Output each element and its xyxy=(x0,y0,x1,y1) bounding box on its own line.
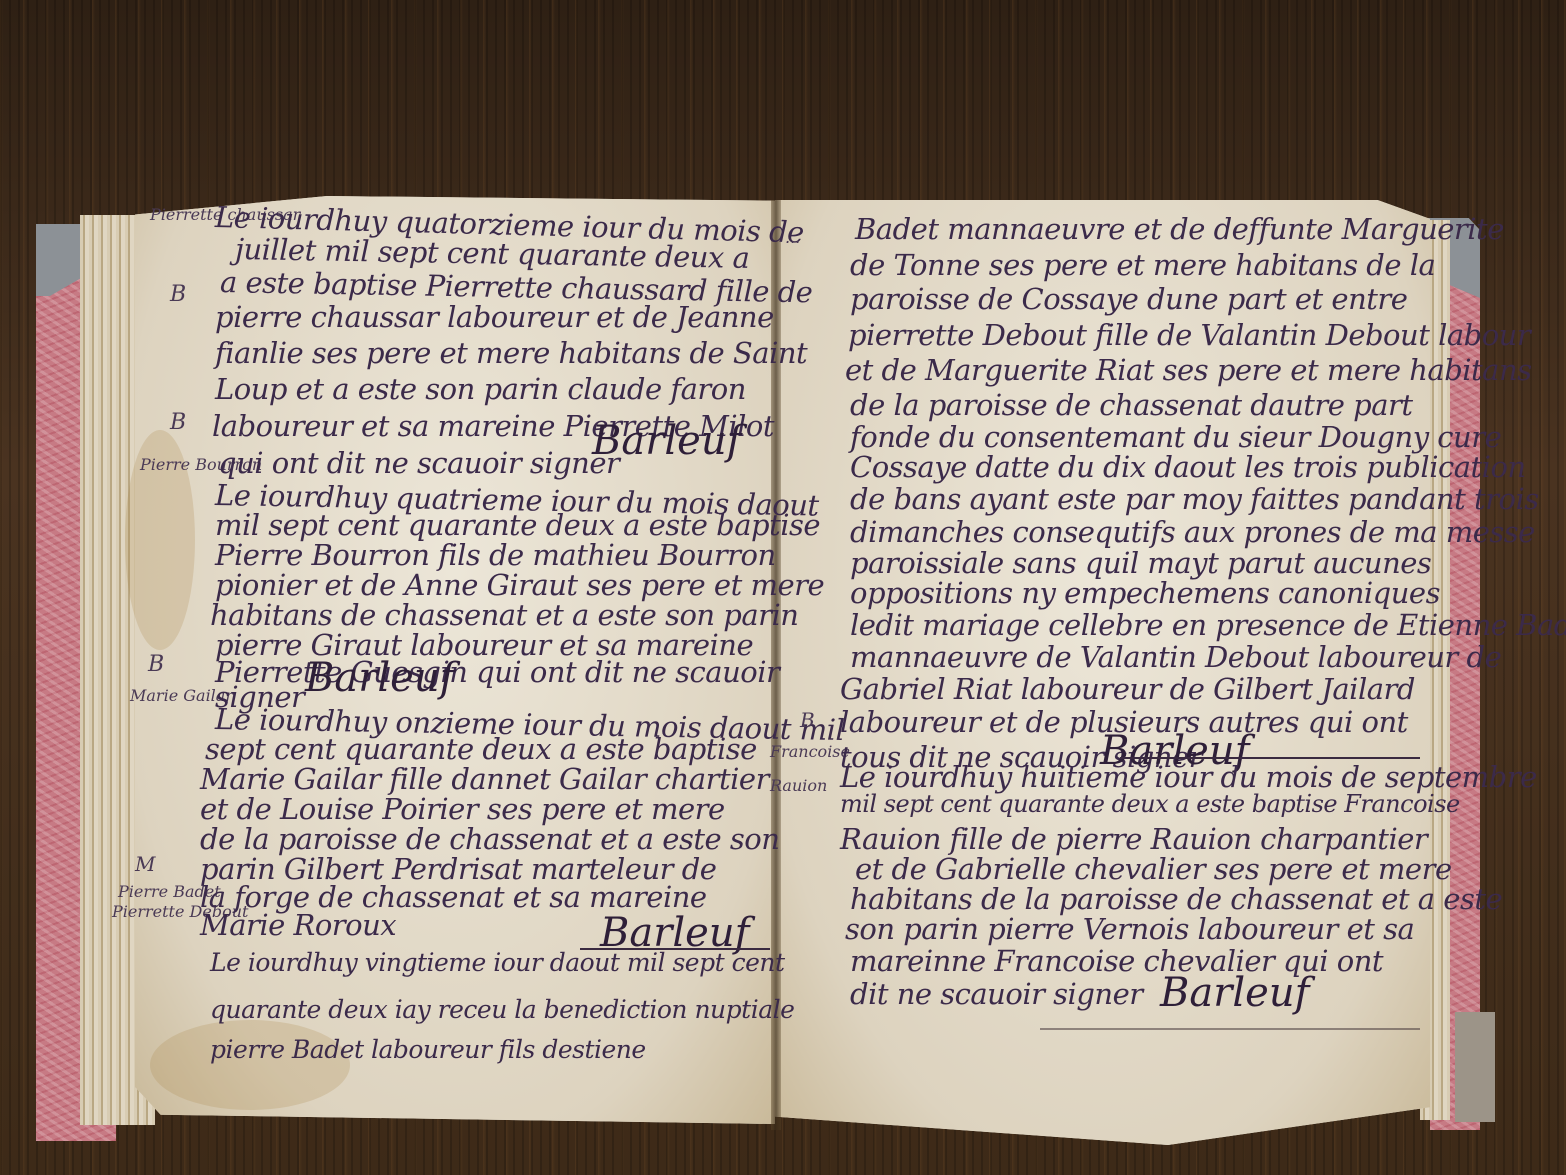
text-line: Le iourdhuy vingtieme iour daout mil sep… xyxy=(210,948,785,977)
text-line: quarante deux iay receu la benediction n… xyxy=(210,995,794,1024)
text-line: Cossaye datte du dix daout les trois pub… xyxy=(850,450,1526,484)
text-line: Badet mannaeuvre et de deffunte Margueri… xyxy=(855,212,1504,246)
text-line: pierre Badet laboureur fils destiene xyxy=(210,1035,646,1064)
text-line: Marie Gailar fille dannet Gailar chartie… xyxy=(200,762,769,796)
text-line: Gabriel Riat laboureur de Gilbert Jailar… xyxy=(840,672,1415,706)
text-line: mil sept cent quarante deux a este bapti… xyxy=(840,790,1460,818)
text-line: pierrette Debout fille de Valantin Debou… xyxy=(848,318,1530,352)
text-line: sept cent quarante deux a este baptise xyxy=(205,732,757,766)
text-line: pierre chaussar laboureur et de Jeanne xyxy=(215,300,774,334)
text-line: habitans de la paroisse de chassenat et … xyxy=(850,882,1502,916)
text-line: Le iourdhuy huitieme iour du mois de sep… xyxy=(840,760,1537,794)
entry-divider xyxy=(1040,1028,1420,1030)
margin-note: B xyxy=(170,282,186,307)
text-line: dit ne scauoir signer xyxy=(850,977,1143,1011)
margin-note: M xyxy=(135,852,155,876)
text-line: habitans de chassenat et a este son pari… xyxy=(210,598,798,632)
text-line: mannaeuvre de Valantin Debout laboureur … xyxy=(850,640,1501,674)
text-line: dimanches consequtifs aux prones de ma m… xyxy=(850,515,1535,549)
text-line: fianlie ses pere et mere habitans de Sai… xyxy=(215,336,807,370)
text-line: fonde du consentemant du sieur Dougny cu… xyxy=(850,420,1501,454)
text-line: Loup et a este son parin claude faron xyxy=(215,372,746,406)
water-stain xyxy=(150,1020,350,1110)
text-line: et de Louise Poirier ses pere et mere xyxy=(200,792,725,826)
text-line: et de Gabrielle chevalier ses pere et me… xyxy=(855,852,1452,886)
text-line: mil sept cent quarante deux a este bapti… xyxy=(215,508,820,542)
margin-note: ... xyxy=(785,228,800,247)
text-line: oppositions ny empechemens canoniques xyxy=(850,576,1440,610)
text-line: pionier et de Anne Giraut ses pere et me… xyxy=(215,568,824,602)
margin-note: Rauion xyxy=(770,776,827,795)
text-line: paroissiale sans quil mayt parut aucunes xyxy=(850,546,1431,580)
text-line: de la paroisse de chassenat dautre part xyxy=(850,388,1413,422)
right-bottom-corner-guard xyxy=(1455,1012,1495,1122)
text-line: paroisse de Cossaye dune part et entre xyxy=(850,282,1407,316)
signature: Barleuf xyxy=(305,655,454,701)
entry-divider xyxy=(1120,757,1420,759)
text-line: de la paroisse de chassenat et a este so… xyxy=(200,822,779,856)
text-line: ledit mariage cellebre en presence de Et… xyxy=(850,608,1566,642)
text-line: de Tonne ses pere et mere habitans de la xyxy=(850,248,1435,282)
text-line: Marie Roroux xyxy=(200,908,396,942)
text-line: qui ont dit ne scauoir signer xyxy=(218,446,619,480)
signature: Barleuf xyxy=(592,418,741,464)
text-line: et de Marguerite Riat ses pere et mere h… xyxy=(845,353,1532,387)
text-line: Rauion fille de pierre Rauion charpantie… xyxy=(840,822,1427,856)
margin-note: B xyxy=(170,410,186,435)
text-line: de bans ayant este par moy faittes panda… xyxy=(850,482,1539,516)
text-line: son parin pierre Vernois laboureur et sa xyxy=(845,912,1414,946)
text-line: Pierre Bourron fils de mathieu Bourron xyxy=(215,538,776,572)
signature: Barleuf xyxy=(1160,970,1309,1016)
margin-note: B xyxy=(800,708,815,732)
margin-note: B xyxy=(148,652,164,677)
margin-note: Francoise xyxy=(770,742,850,761)
